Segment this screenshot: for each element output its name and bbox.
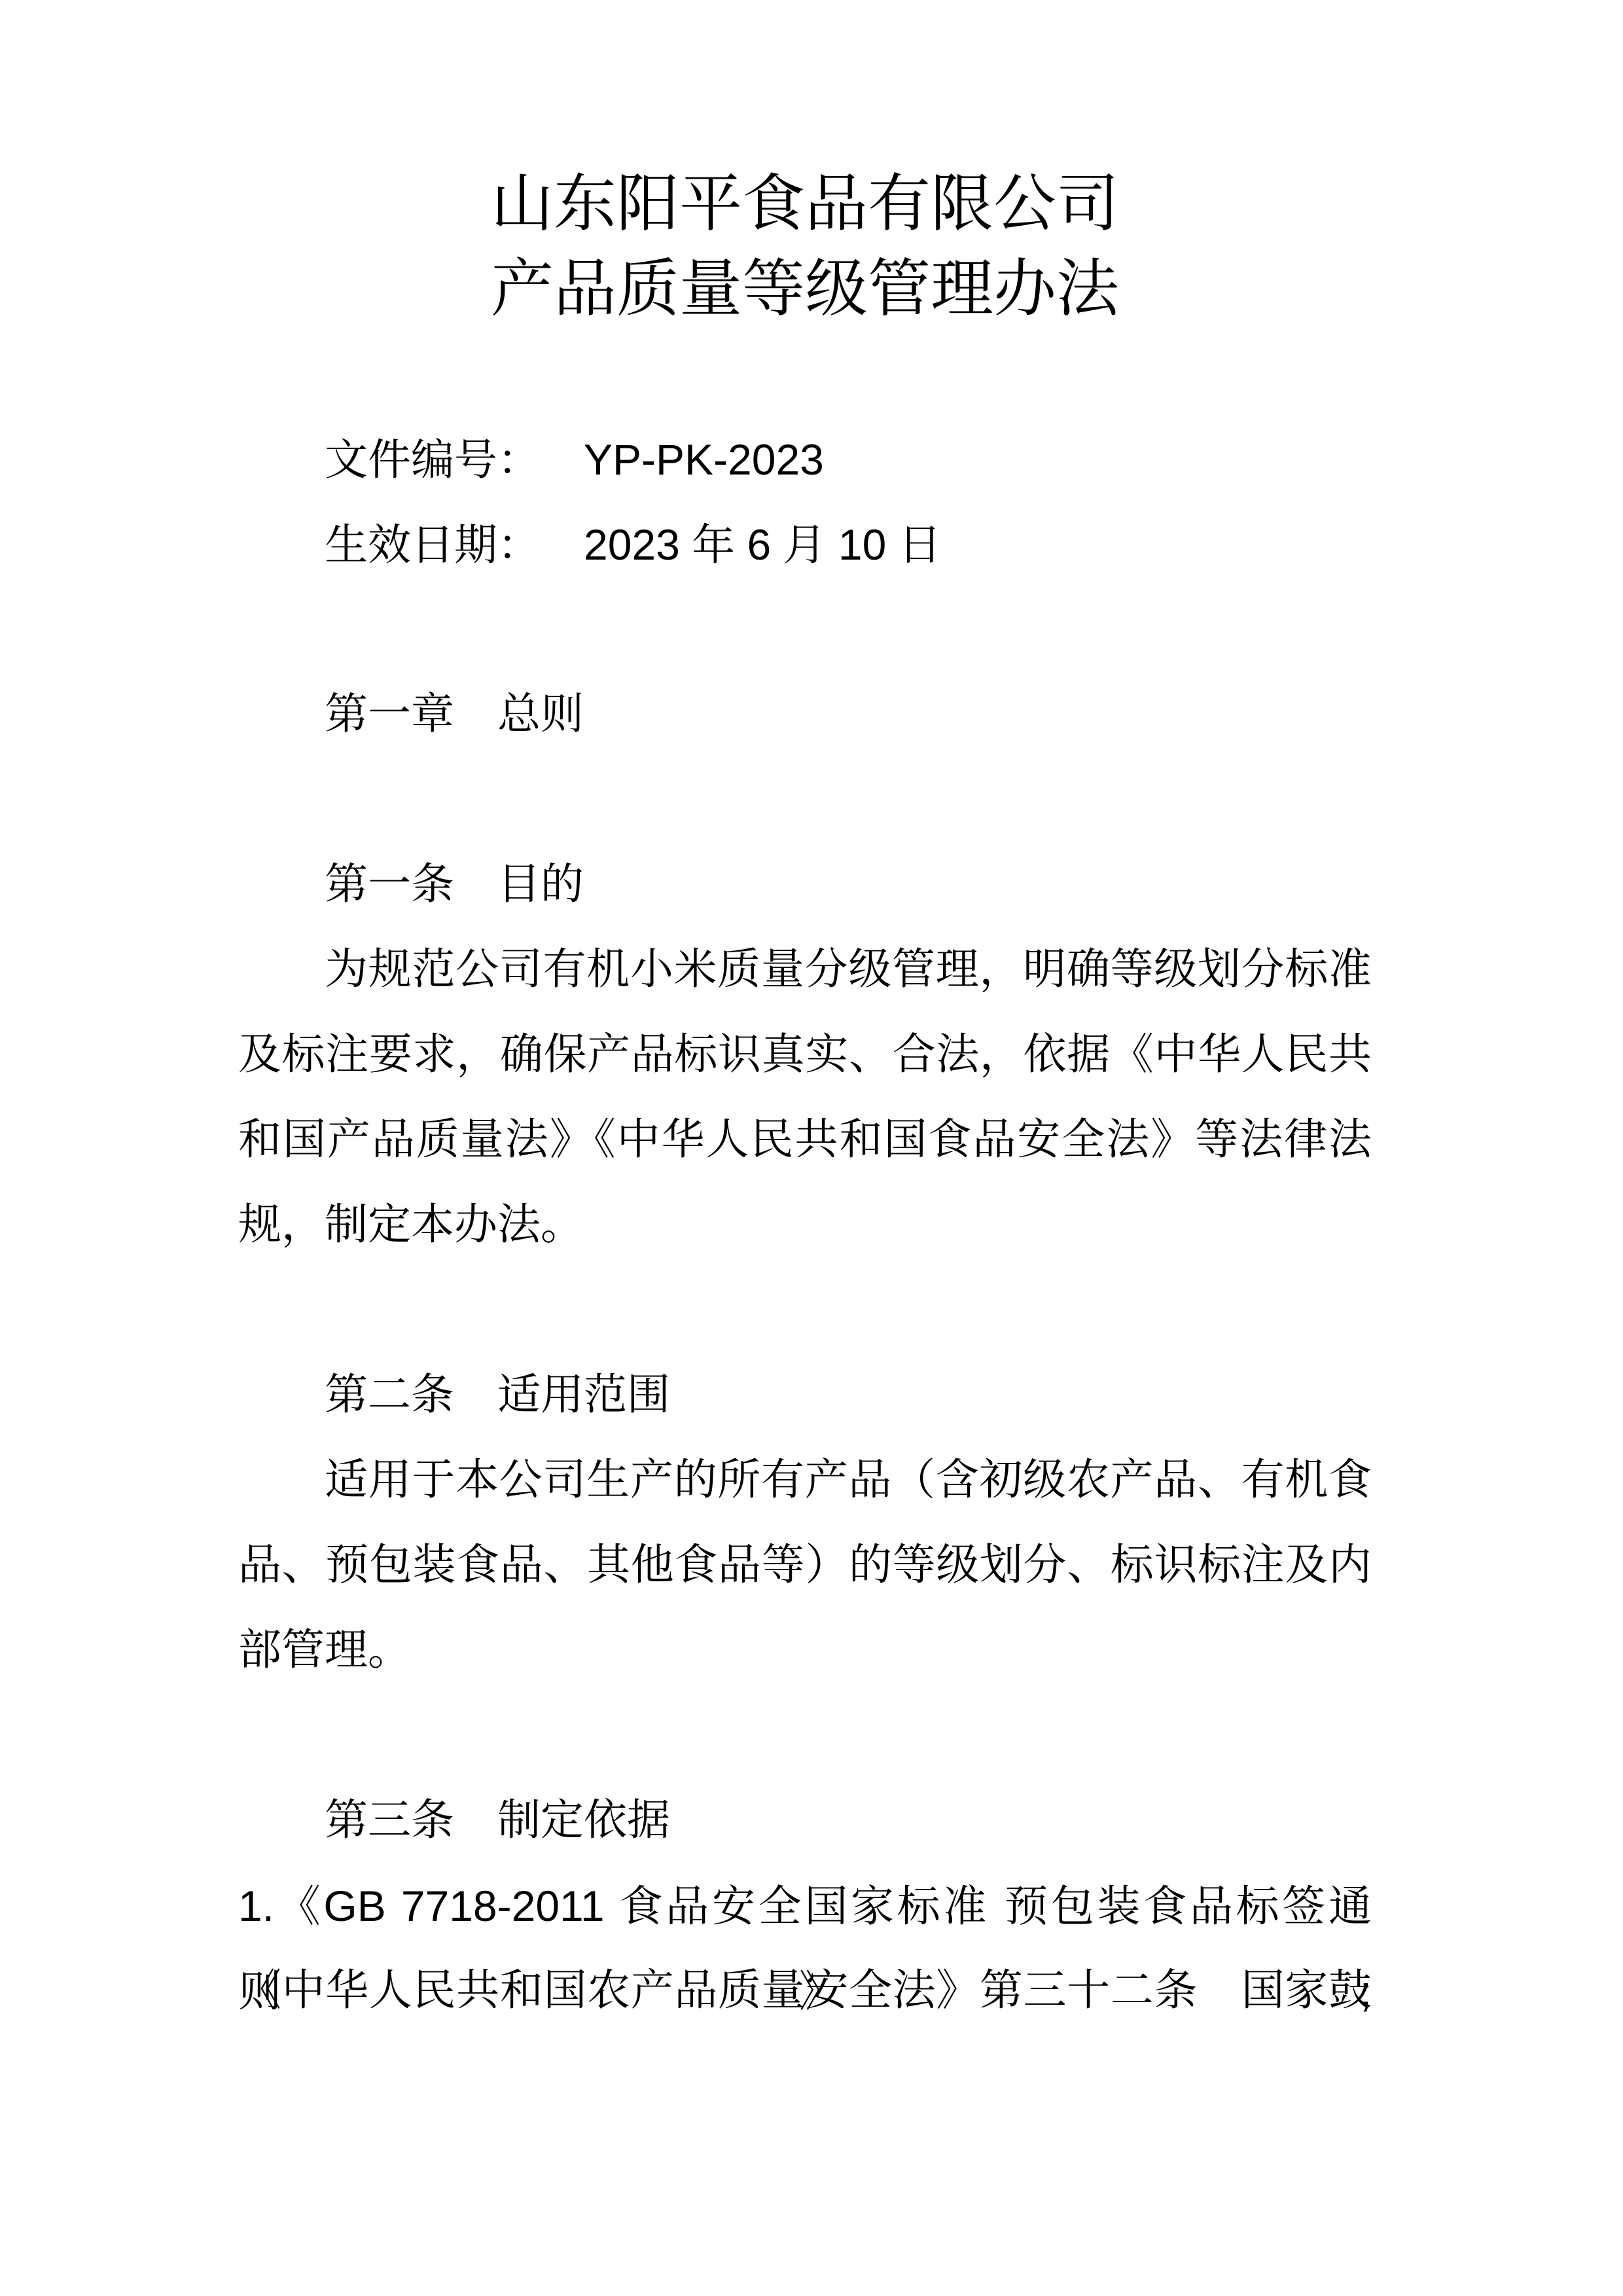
article-2-text-line: 适用于本公司生产的所有产品（含初级农产品、有机食: [238, 1438, 1372, 1523]
article-3-heading: 第三条 制定依据: [238, 1778, 1372, 1863]
effective-date-line: 生效日期：2023 年 6 月 10 日: [238, 502, 1372, 587]
article-1-text-line: 规，制定本办法。: [238, 1183, 1372, 1268]
article-3-text-line: 《中华人民共和国农产品质量安全法》第三十二条 国家鼓: [238, 1948, 1372, 2034]
blank-line: [238, 332, 1372, 417]
chapter-1-heading: 第一章 总则: [238, 672, 1372, 757]
article-2-text-line: 品、预包装食品、其他食品等）的等级划分、标识标注及内: [238, 1523, 1372, 1608]
article-3-text-line: 1.《GB 7718-2011 食品安全国家标准 预包装食品标签通则》;: [238, 1863, 1372, 1948]
effective-date-label: 生效日期：: [325, 522, 541, 569]
article-1-text-line: 为规范公司有机小米质量分级管理，明确等级划分标准: [238, 927, 1372, 1013]
blank-line: [238, 1693, 1372, 1778]
article-2-text-line: 部管理。: [238, 1608, 1372, 1693]
effective-date-value: 2023 年 6 月 10 日: [584, 520, 942, 569]
article-1-heading: 第一条 目的: [238, 842, 1372, 927]
blank-line: [238, 757, 1372, 842]
article-1-text-line: 及标注要求，确保产品标识真实、合法，依据《中华人民共: [238, 1013, 1372, 1098]
doc-title-line-1: 山东阳平食品有限公司: [238, 162, 1372, 247]
doc-number-value: YP-PK-2023: [584, 435, 824, 484]
article-2-heading: 第二条 适用范围: [238, 1353, 1372, 1438]
doc-number-label: 文件编号：: [325, 437, 541, 484]
article-1-text-line: 和国产品质量法》《中华人民共和国食品安全法》等法律法: [238, 1098, 1372, 1183]
blank-line: [238, 1268, 1372, 1353]
document-page: 山东阳平食品有限公司 产品质量等级管理办法 文件编号：YP-PK-2023 生效…: [0, 0, 1623, 2296]
doc-title-line-2: 产品质量等级管理办法: [238, 247, 1372, 332]
doc-number-line: 文件编号：YP-PK-2023: [238, 417, 1372, 502]
blank-line: [238, 587, 1372, 672]
